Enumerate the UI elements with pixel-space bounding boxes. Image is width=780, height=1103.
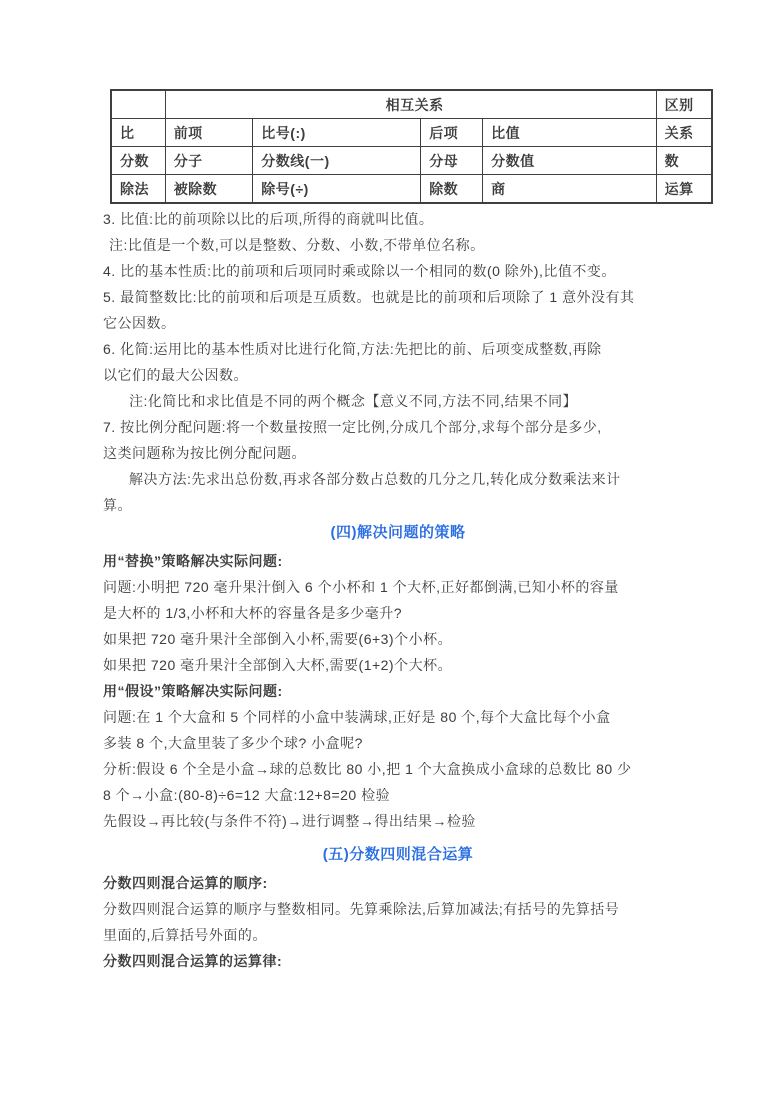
table-cell: 分数线(一)	[253, 147, 421, 175]
lead-line-laws: 分数四则混合运算的运算律:	[103, 948, 713, 974]
problem-line-boxes-wrap: 多装 8 个,大盒里装了多少个球? 小盒呢?	[103, 730, 713, 756]
table-header-mutual-relation: 相互关系	[165, 90, 656, 119]
table-cell: 比	[111, 119, 165, 147]
table-cell: 除法	[111, 175, 165, 204]
table-cell: 数	[656, 147, 712, 175]
table-row-fraction: 分数 分子 分数线(一) 分母 分数值 数	[111, 147, 712, 175]
table-cell: 分子	[165, 147, 253, 175]
table-cell: 关系	[656, 119, 712, 147]
analysis-line-wrap: 8 个→小盒:(80-8)÷6=12 大盒:12+8=20 检验	[103, 782, 713, 808]
note-line-simplest-ratio-wrap: 它公因数。	[103, 310, 713, 336]
section-heading-five: (五)分数四则混合运算	[103, 842, 693, 868]
table-cell: 分母	[421, 147, 483, 175]
table-cell: 分数	[111, 147, 165, 175]
table-header-row: 相互关系 区别	[111, 90, 712, 119]
table-cell: 除号(÷)	[253, 175, 421, 204]
lead-line-substitution: 用“替换”策略解决实际问题:	[103, 548, 713, 574]
note-line-basic-property: 4. 比的基本性质:比的前项和后项同时乘或除以一个相同的数(0 除外),比值不变…	[103, 258, 713, 284]
table-corner-cell	[111, 90, 165, 119]
solution-line-small-cups: 如果把 720 毫升果汁全部倒入小杯,需要(6+3)个小杯。	[103, 626, 713, 652]
strategy-flow-line: 先假设→再比较(与条件不符)→进行调整→得出结果→检验	[103, 808, 713, 834]
section-heading-four: (四)解决问题的策略	[103, 520, 693, 546]
solution-line-big-cups: 如果把 720 毫升果汁全部倒入大杯,需要(1+2)个大杯。	[103, 652, 713, 678]
note-line-remark: 注:比值是一个数,可以是整数、分数、小数,不带单位名称。	[103, 232, 713, 258]
note-line-proportional: 7. 按比例分配问题:将一个数量按照一定比例,分成几个部分,求每个部分是多少,	[103, 414, 713, 440]
note-line-simplify-wrap: 以它们的最大公因数。	[103, 362, 713, 388]
lead-line-assumption: 用“假设”策略解决实际问题:	[103, 678, 713, 704]
problem-line-juice: 问题:小明把 720 毫升果汁倒入 6 个小杯和 1 个大杯,正好都倒满,已知小…	[103, 574, 713, 600]
analysis-line: 分析:假设 6 个全是小盒→球的总数比 80 小,把 1 个大盒换成小盒球的总数…	[103, 756, 713, 782]
table-cell: 比号(:)	[253, 119, 421, 147]
problem-line-boxes: 问题:在 1 个大盒和 5 个同样的小盒中装满球,正好是 80 个,每个大盒比每…	[103, 704, 713, 730]
table-cell: 除数	[421, 175, 483, 204]
table-header-distinction: 区别	[656, 90, 712, 119]
note-line-simplify-remark: 注:化简比和求比值是不同的两个概念【意义不同,方法不同,结果不同】	[103, 388, 713, 414]
note-line-ratio-value: 3. 比值:比的前项除以比的后项,所得的商就叫比值。	[103, 206, 713, 232]
document-content: 相互关系 区别 比 前项 比号(:) 后项 比值 关系 分数 分子 分数线(一)…	[103, 89, 713, 974]
relationship-table: 相互关系 区别 比 前项 比号(:) 后项 比值 关系 分数 分子 分数线(一)…	[110, 89, 713, 204]
table-cell: 商	[483, 175, 656, 204]
problem-line-juice-wrap: 是大杯的 1/3,小杯和大杯的容量各是多少毫升?	[103, 600, 713, 626]
table-row-division: 除法 被除数 除号(÷) 除数 商 运算	[111, 175, 712, 204]
note-line-solution-method-wrap: 算。	[103, 492, 713, 518]
note-line-simplest-ratio: 5. 最简整数比:比的前项和后项是互质数。也就是比的前项和后项除了 1 意外没有…	[103, 284, 713, 310]
table-cell: 运算	[656, 175, 712, 204]
note-line-solution-method: 解决方法:先求出总份数,再求各部分数占总数的几分之几,转化成分数乘法来计	[103, 466, 713, 492]
table-cell: 后项	[421, 119, 483, 147]
table-cell: 分数值	[483, 147, 656, 175]
order-rule-line: 分数四则混合运算的顺序与整数相同。先算乘除法,后算加减法;有括号的先算括号	[103, 896, 713, 922]
order-rule-line-wrap: 里面的,后算括号外面的。	[103, 922, 713, 948]
note-line-proportional-wrap: 这类问题称为按比例分配问题。	[103, 440, 713, 466]
table-cell: 被除数	[165, 175, 253, 204]
table-cell: 比值	[483, 119, 656, 147]
lead-line-order: 分数四则混合运算的顺序:	[103, 870, 713, 896]
document-page: 相互关系 区别 比 前项 比号(:) 后项 比值 关系 分数 分子 分数线(一)…	[0, 0, 780, 1103]
table-cell: 前项	[165, 119, 253, 147]
table-row-ratio: 比 前项 比号(:) 后项 比值 关系	[111, 119, 712, 147]
note-line-simplify: 6. 化简:运用比的基本性质对比进行化简,方法:先把比的前、后项变成整数,再除	[103, 336, 713, 362]
